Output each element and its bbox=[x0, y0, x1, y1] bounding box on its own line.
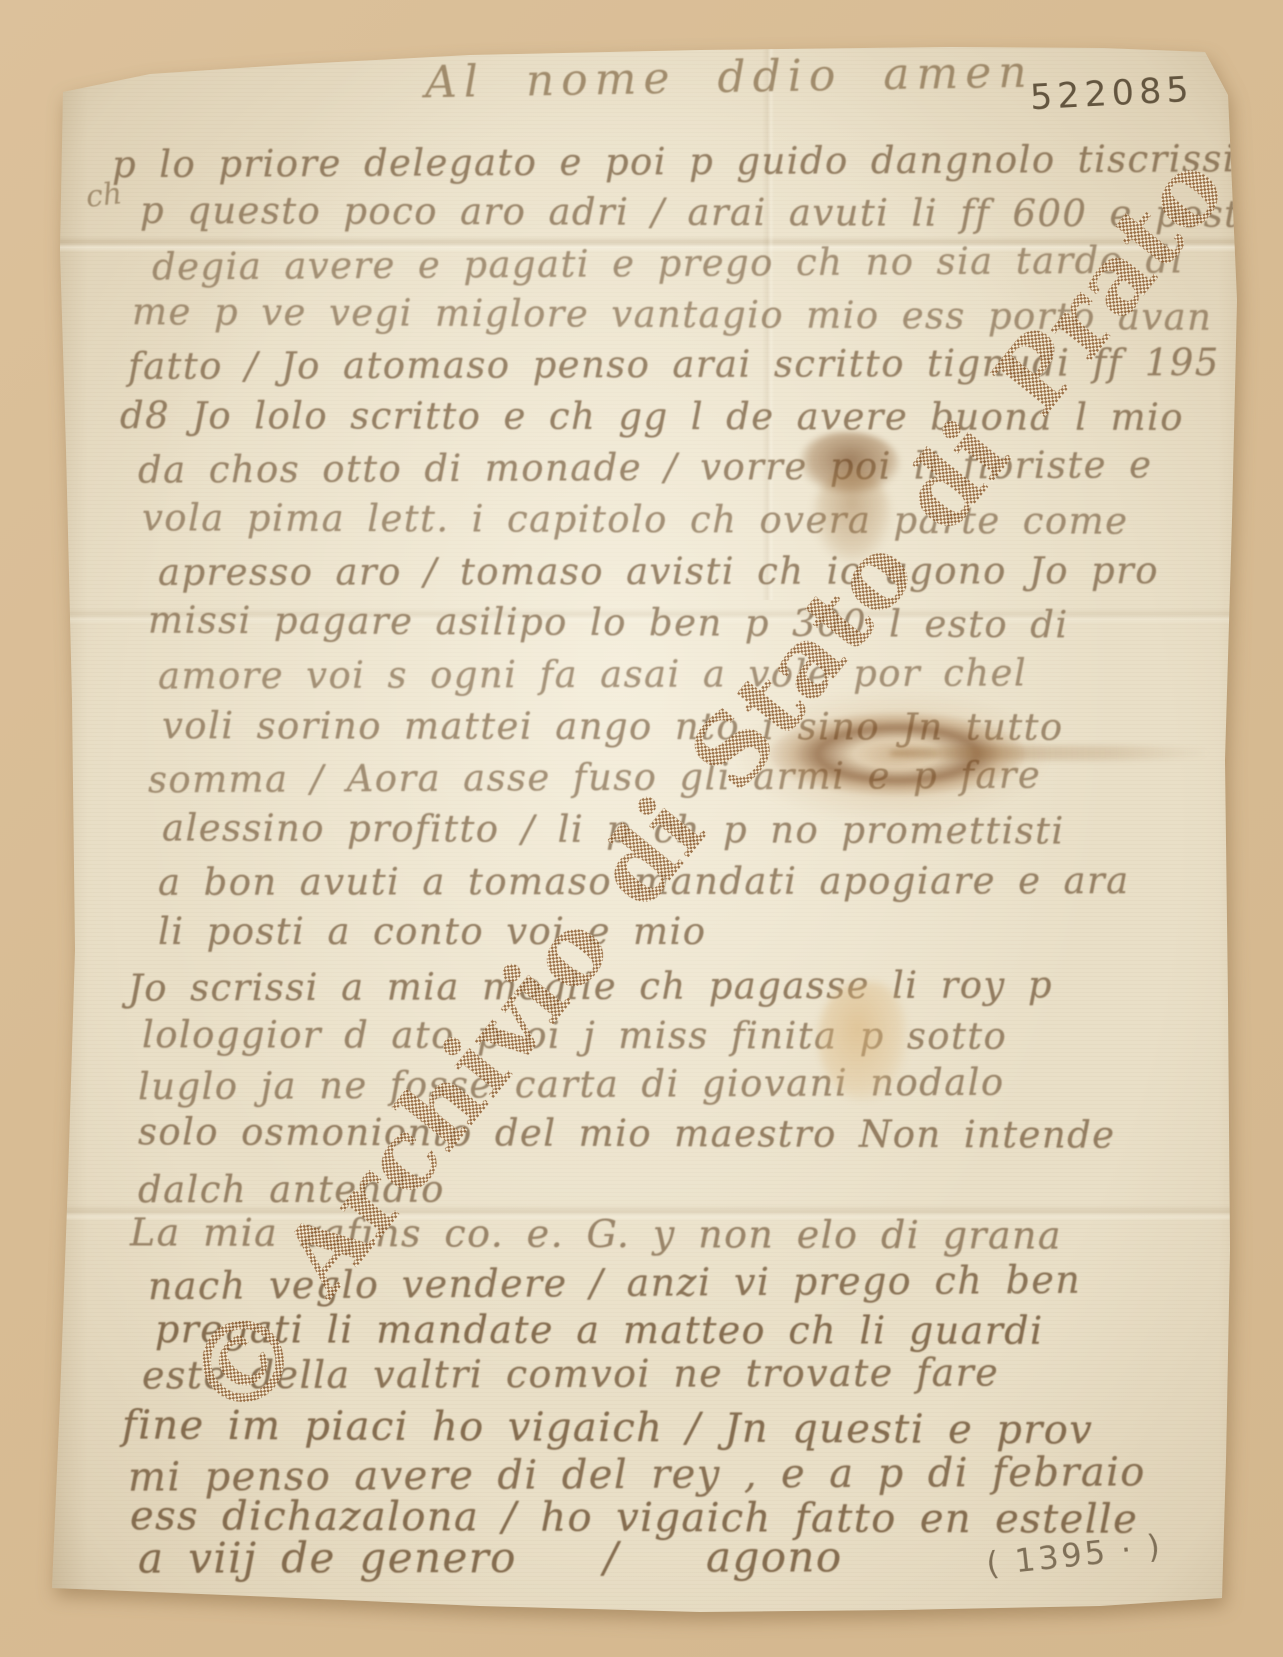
manuscript-sheet-wrap: Al nome ddio amen ch p lo priore delegat… bbox=[40, 40, 1252, 1620]
manuscript-line: p lo priore delegato e poi p guido dangn… bbox=[112, 137, 1283, 186]
manuscript-line: a viij de genero / agono bbox=[138, 1532, 843, 1582]
manuscript-line: voli sorino mattei ango nto i sino Jn tu… bbox=[162, 704, 1064, 749]
archive-number: 522085 bbox=[1029, 70, 1194, 119]
manuscript-line: solo osmonionto del mio maestro Non inte… bbox=[138, 1110, 1116, 1156]
manuscript-line: apresso aro / tomaso avisti ch io agono … bbox=[158, 549, 1159, 594]
manuscript-line: degia avere e pagati e prego ch no sia t… bbox=[152, 238, 1184, 288]
manuscript-line: somma / Aora asse fuso gli armi e p fare bbox=[148, 754, 1041, 802]
scanner-background: Al nome ddio amen ch p lo priore delegat… bbox=[0, 0, 1283, 1657]
manuscript-page: Al nome ddio amen ch p lo priore delegat… bbox=[40, 40, 1252, 1620]
header-invocation: Al nome ddio amen bbox=[425, 47, 1034, 109]
manuscript-line: luglo ja ne fosse carta di giovani nodal… bbox=[138, 1061, 1005, 1109]
